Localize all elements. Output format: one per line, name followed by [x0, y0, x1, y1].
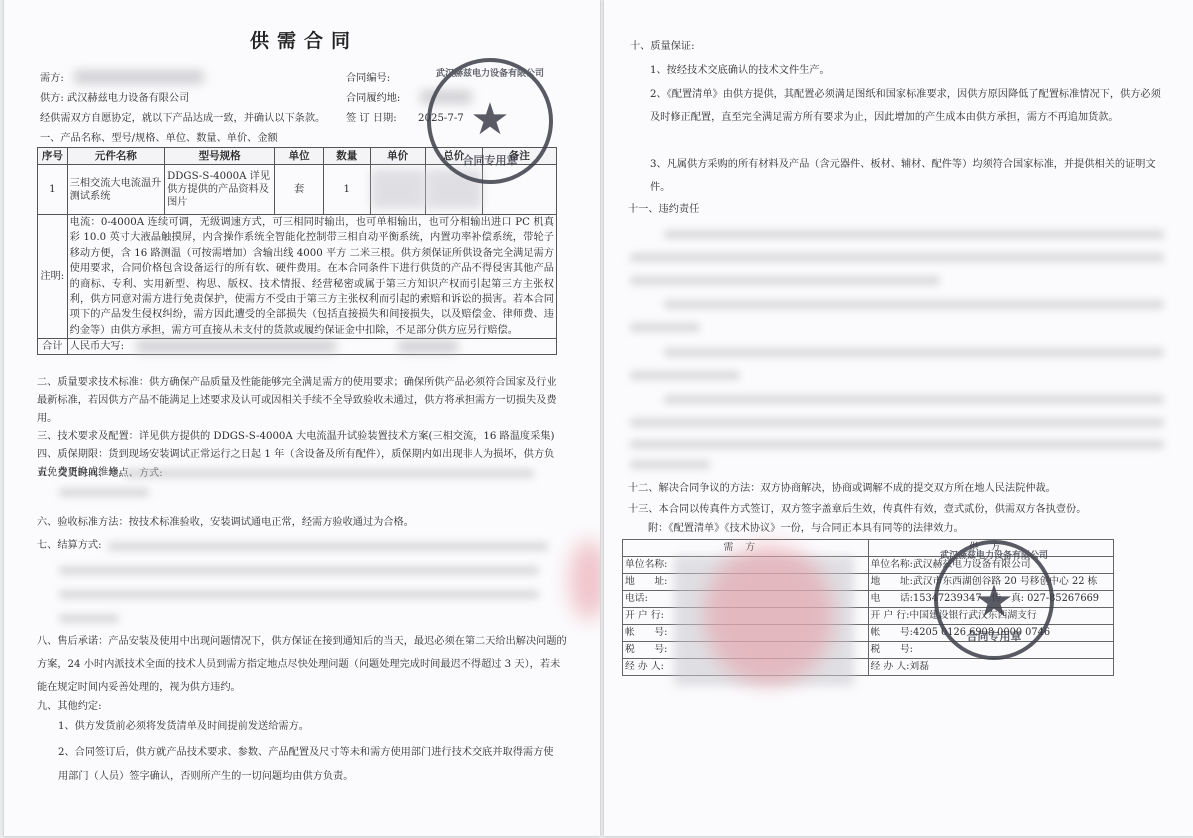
supplier-tax-label: 税 号:	[871, 644, 914, 655]
redacted-total-amount	[136, 340, 336, 353]
supplier-line: 供方: 武汉赫兹电力设备有限公司	[40, 92, 189, 105]
redacted-liability-10	[630, 440, 1164, 449]
redacted-liability-5	[630, 323, 700, 332]
contract-page-2: 十、质量保证: 1、按经技术交底确认的技术文件生产。 2、《配置清单》由供方提供…	[604, 0, 1193, 836]
redacted-delivery-1	[124, 469, 534, 478]
row-unit: 套	[275, 165, 324, 215]
contract-place-label: 合同履约地:	[346, 92, 400, 105]
other-term-1: 1、供方发货前必须将发货清单及时间提前发送给需方。	[58, 718, 568, 736]
section-10-item-3: 3、凡属供方采购的所有材料及产品（含元器件、板材、辅材、配件等）均须符合国家标准…	[650, 153, 1170, 199]
section-2: 二、质量要求技术标准：供方确保产品质量及性能能够完全满足需方的使用要求；确保所供…	[37, 374, 563, 428]
row-qty: 1	[323, 165, 370, 215]
section-9: 九、其他约定:	[37, 698, 563, 716]
supplier-company-label: 单位名称:	[871, 559, 914, 570]
redacted-liability-4	[664, 300, 1164, 309]
supplier-bank-label: 开 户 行:	[871, 610, 910, 621]
col-unit-price: 单价	[370, 148, 425, 165]
redacted-liability-8	[664, 395, 1164, 404]
redacted-liability-3	[630, 276, 940, 285]
row-name: 三相交流大电流温升测试系统	[67, 165, 164, 215]
document-title: 供需合同	[250, 35, 358, 48]
redacted-total-number	[398, 340, 458, 353]
row-model: DDGS-S-4000A 详见供方提供的产品资料及图片	[165, 165, 275, 215]
supplier-account-label: 帐 号:	[871, 627, 914, 638]
total-label: 合计	[38, 339, 68, 355]
section-8: 八、售后承诺：产品安装及使用中出现问题情况下，供方保证在接到通知后的当天，最迟必…	[37, 630, 567, 699]
col-qty: 数量	[323, 148, 370, 165]
total-row: 合计 人民币大写:	[38, 339, 557, 355]
redacted-delivery-2	[59, 488, 149, 497]
supplier-phone-label: 电 话:	[871, 593, 914, 604]
section-3: 三、技术要求及配置：详见供方提供的 DDGS-S-4000A 大电流温升试验装置…	[37, 428, 577, 446]
section-6: 六、验收标准方法：按技术标准验收，安装调试通电正常，经需方验收通过为合格。	[37, 514, 563, 532]
intro-line: 经供需双方自愿协定，就以下产品达成一致，并确认以下条款。	[40, 112, 325, 125]
redacted-liability-1	[664, 230, 1164, 239]
col-model: 型号规格	[165, 148, 275, 165]
redacted-liability-9	[630, 418, 1164, 427]
buyer-seal-redacted	[704, 545, 834, 685]
section-10-item-2: 2、《配置清单》由供方提供，其配置必须满足图纸和国家标准要求，因供方原因降低了配…	[650, 83, 1170, 129]
supplier-agent-label: 经 办 人:	[871, 661, 910, 672]
section-11-title: 十一、违约责任	[628, 203, 699, 216]
col-no: 序号	[38, 148, 68, 165]
total-amount-cell: 人民币大写:	[67, 339, 556, 355]
buyer-stamp-fragment	[569, 540, 600, 620]
other-term-2: 2、合同签订后，供方就产品技术要求、参数、产品配置及尺寸等未和需方使用部门进行技…	[58, 741, 563, 789]
redacted-settlement-3	[59, 590, 539, 599]
seal-company-name: 武汉赫兹电力设备有限公司	[938, 548, 1050, 561]
row-no: 1	[38, 165, 68, 215]
col-unit: 单位	[275, 148, 324, 165]
contract-no-label: 合同编号:	[346, 72, 390, 85]
supplier-address-label: 地 址:	[871, 576, 914, 587]
supplier-seal-stamp: 武汉赫兹电力设备有限公司 ★ 合同专用章	[934, 540, 1054, 660]
contract-page-1: 供需合同 需方: 供方: 武汉赫兹电力设备有限公司 经供需双方自愿协定，就以下产…	[4, 0, 600, 836]
redacted-buyer-name	[74, 70, 204, 84]
star-icon: ★	[431, 98, 549, 142]
redacted-settlement-1	[108, 542, 548, 551]
supplier-agent-value: 刘磊	[909, 661, 929, 672]
section-1-heading: 一、产品名称、型号/规格、单位、数量、单价、金额	[40, 132, 278, 145]
section-12: 十二、解决合同争议的方法：双方协商解决，协商或调解不成的提交双方所在地人民法院仲…	[628, 482, 1056, 495]
redacted-liability-11	[630, 460, 710, 469]
note-label: 注明:	[38, 215, 68, 339]
seal-type: 合同专用章	[938, 628, 1050, 644]
seal-type: 合同专用章	[431, 152, 549, 168]
company-seal-stamp: 武汉赫兹电力设备有限公司 ★ 合同专用章	[427, 58, 553, 184]
redacted-unit-price	[371, 169, 425, 209]
note-text: 电流：0-4000A 连续可调，无级调速方式，可三相同时输出，也可单相输出，也可…	[67, 215, 556, 339]
redacted-settlement-2	[59, 566, 539, 575]
redacted-liability-2	[630, 253, 1164, 262]
total-prefix: 人民币大写:	[70, 341, 124, 352]
seal-company-name: 武汉赫兹电力设备有限公司	[431, 66, 549, 79]
section-13: 十三、本合同以传真件方式签订，双方签字盖章后生效，传真件有效，壹式贰份，供需双方…	[628, 503, 1086, 516]
note-row: 注明: 电流：0-4000A 连续可调，无级调速方式，可三相同时输出，也可单相输…	[38, 215, 557, 339]
section-10-item-1: 1、按经技术交底确认的技术文件生产。	[650, 64, 830, 77]
redacted-settlement-4	[59, 614, 119, 623]
redacted-liability-6	[664, 348, 1164, 357]
attachment-note: 附：《配置清单》《技术协议》一份，与合同正本具有同等的法律效力。	[648, 522, 964, 535]
buyer-label: 需方:	[40, 72, 64, 85]
supplier-agent: 经 办 人:刘磊	[868, 659, 1114, 676]
star-icon: ★	[938, 580, 1050, 624]
redacted-liability-7	[630, 371, 740, 380]
sign-date-label: 签 订 日期:	[346, 112, 397, 125]
section-10-title: 十、质量保证:	[630, 40, 695, 53]
row-unit-price	[370, 165, 425, 215]
col-name: 元件名称	[67, 148, 164, 165]
